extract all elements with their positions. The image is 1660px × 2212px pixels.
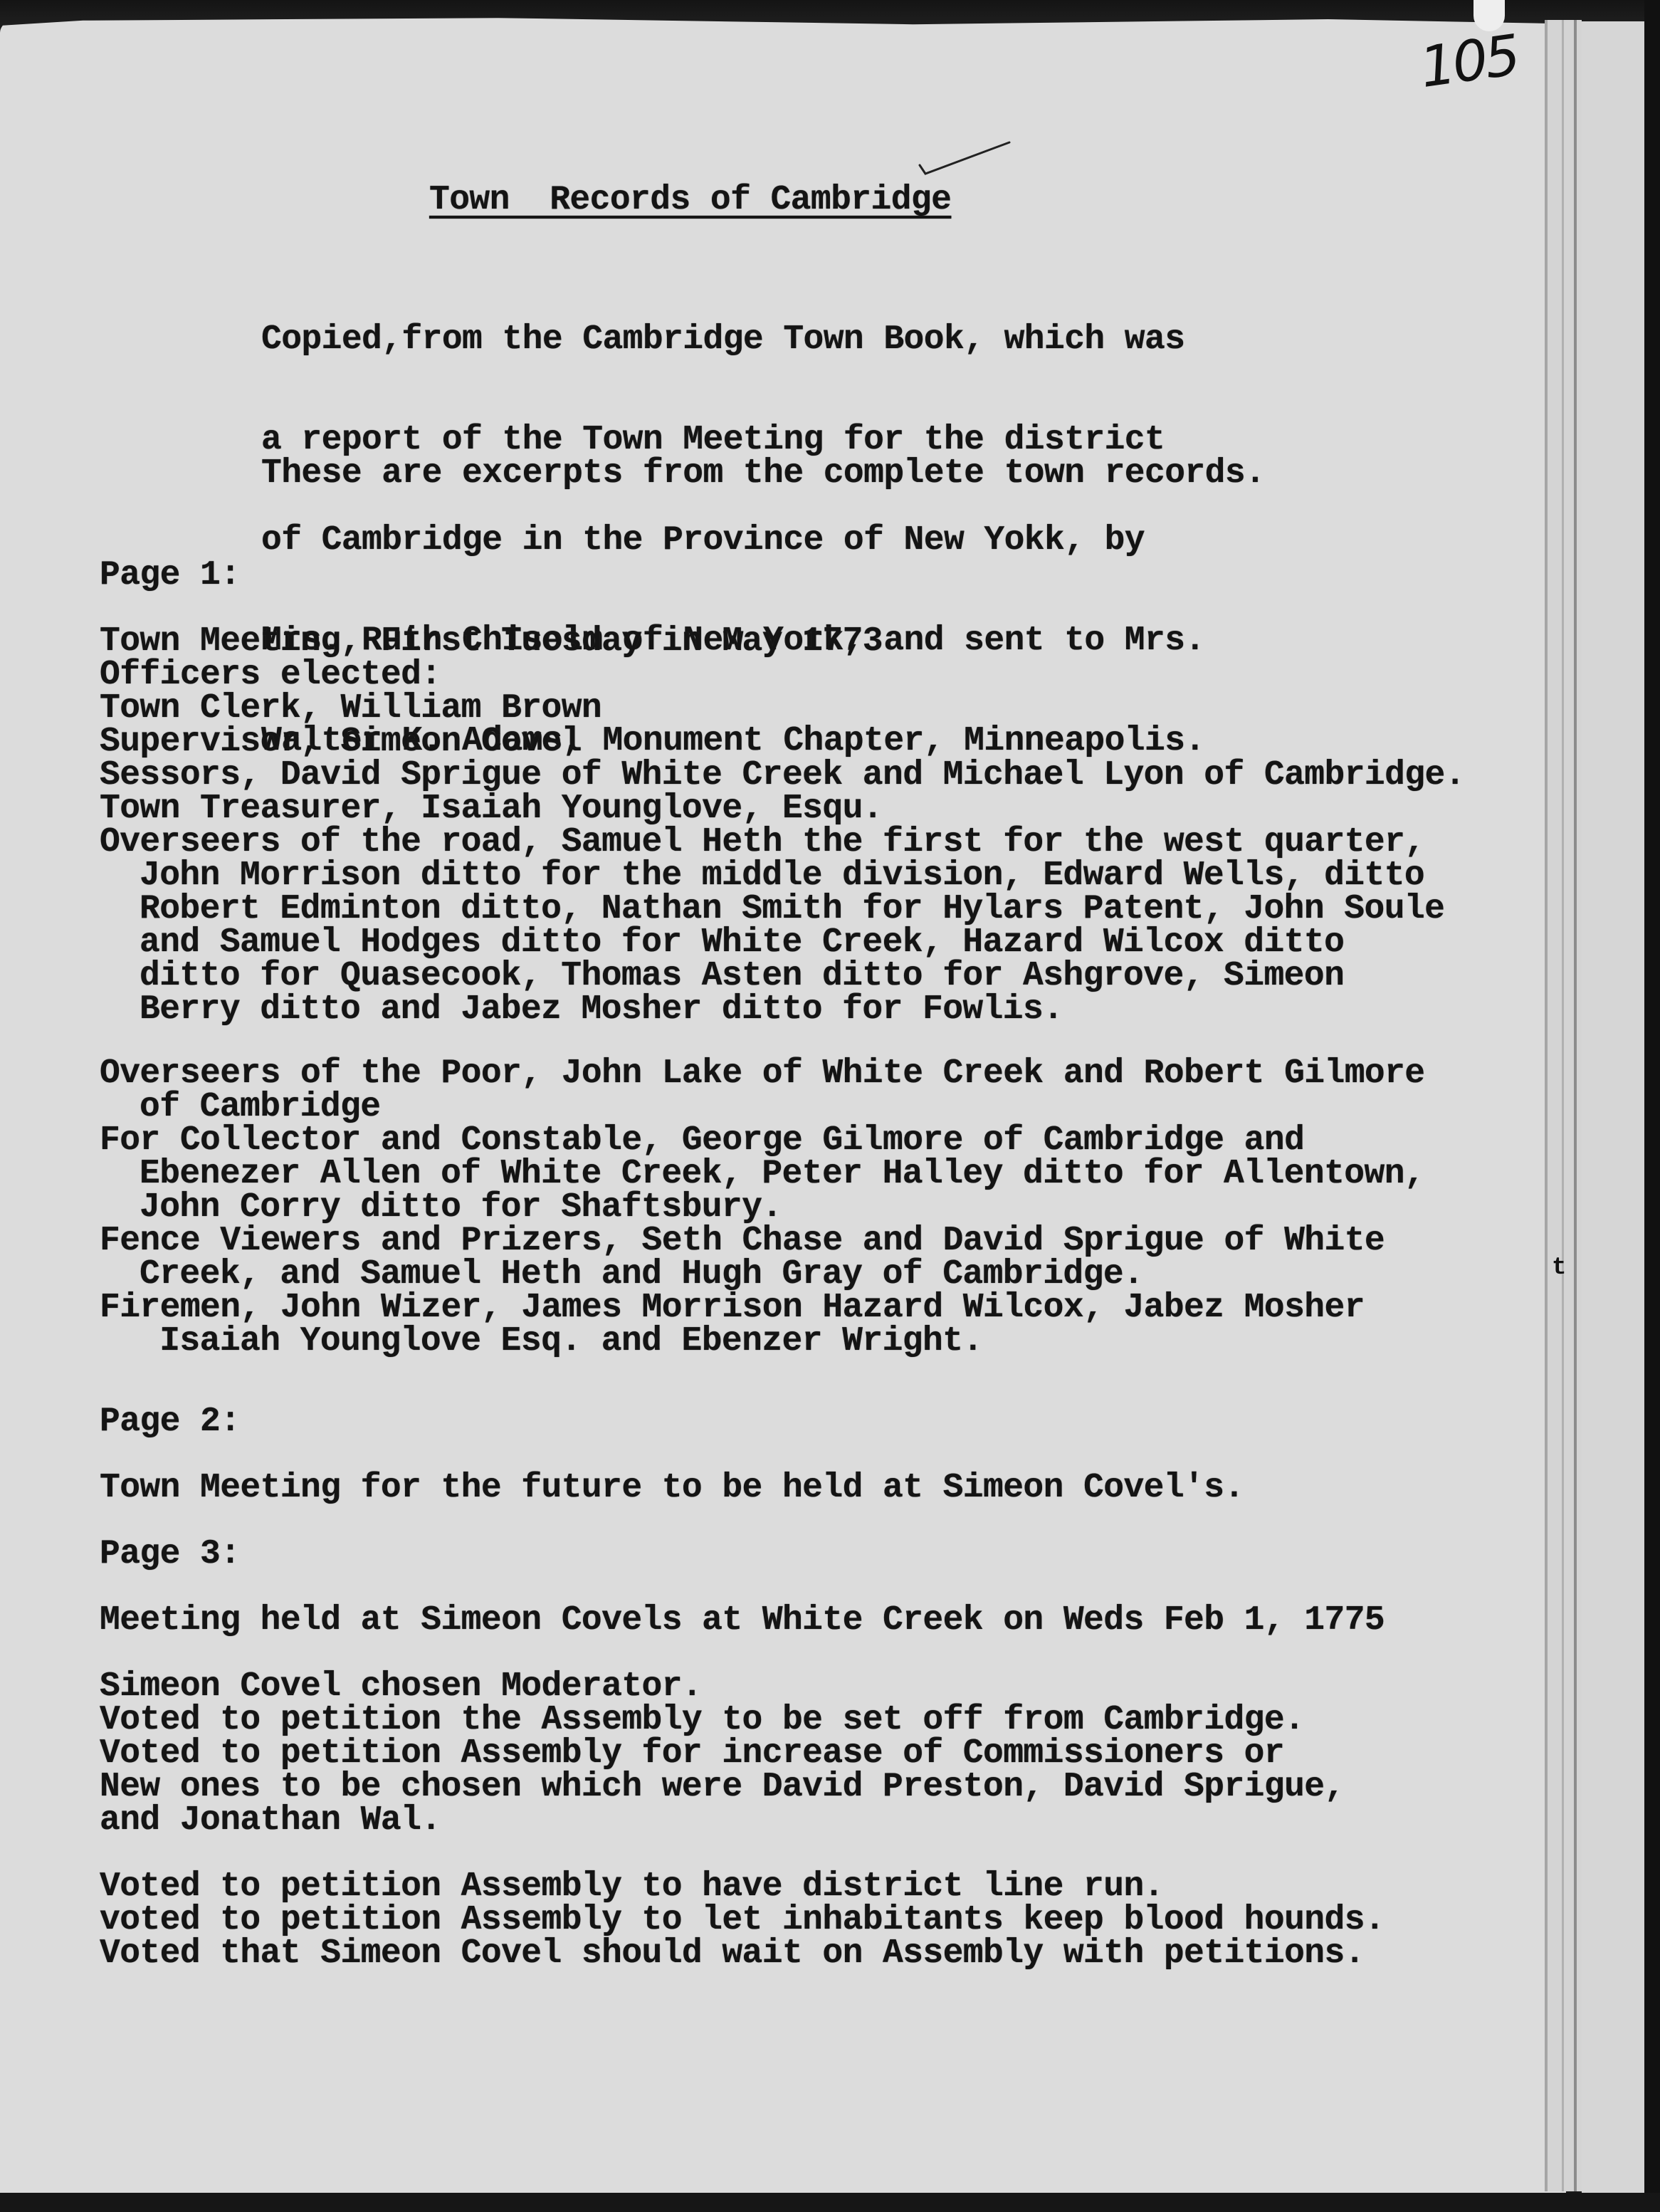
text-line: Creek, and Samuel Heth and Hugh Gray of … <box>100 1258 1425 1291</box>
page-1-officers-continued: Overseers of the Poor, John Lake of Whit… <box>100 1057 1425 1358</box>
text-line: Voted to petition Assembly for increase … <box>100 1737 1345 1771</box>
intro-line: a report of the Town Meeting for the dis… <box>261 424 1205 457</box>
binding-edge <box>1545 20 1582 2191</box>
document-title: Town Records of Cambridge <box>429 184 951 217</box>
checkmark-icon <box>918 141 1011 175</box>
text-line: Voted that Simeon Covel should wait on A… <box>100 1937 1385 1971</box>
page-3-votes-continued: Voted to petition Assembly to have distr… <box>100 1870 1385 1971</box>
text-line: Voted to petition the Assembly to be set… <box>100 1704 1345 1737</box>
section-heading-page-3: Page 3: <box>100 1538 240 1571</box>
margin-mark: t <box>1552 1254 1566 1281</box>
text-line: John Morrison ditto for the middle divis… <box>100 859 1465 893</box>
text-line: Town Treasurer, Isaiah Younglove, Esqu. <box>100 792 1465 826</box>
text-line: Supervisor, Simeon Covel <box>100 725 1465 759</box>
text-line: Sessors, David Sprigue of White Creek an… <box>100 759 1465 792</box>
text-line: Ebenezer Allen of White Creek, Peter Hal… <box>100 1158 1425 1191</box>
handwritten-page-number: 105 <box>1416 23 1521 100</box>
section-heading-page-2: Page 2: <box>100 1405 240 1439</box>
page-3-meeting-line: Meeting held at Simeon Covels at White C… <box>100 1604 1385 1637</box>
text-line: Firemen, John Wizer, James Morrison Haza… <box>100 1291 1425 1325</box>
text-line: Voted to petition Assembly to have distr… <box>100 1870 1385 1904</box>
text-line: Town Meeting, First Tuesday in May 1773 <box>100 625 1465 659</box>
text-line: and Jonathan Wal. <box>100 1804 1345 1838</box>
text-line: Overseers of the road, Samuel Heth the f… <box>100 826 1465 859</box>
text-line: Berry ditto and Jabez Mosher ditto for F… <box>100 993 1465 1027</box>
text-line: Overseers of the Poor, John Lake of Whit… <box>100 1057 1425 1091</box>
section-heading-page-1: Page 1: <box>100 559 240 592</box>
text-line: Town Clerk, William Brown <box>100 692 1465 725</box>
text-line: Fence Viewers and Prizers, Seth Chase an… <box>100 1225 1425 1258</box>
intro-line: of Cambridge in the Province of New Yokk… <box>261 524 1205 557</box>
text-line: New ones to be chosen which were David P… <box>100 1771 1345 1804</box>
text-line: Town Meeting for the future to be held a… <box>100 1472 1244 1505</box>
text-line: For Collector and Constable, George Gilm… <box>100 1124 1425 1158</box>
page-1-officers-paragraph: Town Meeting, First Tuesday in May 1773O… <box>100 625 1465 1027</box>
text-line: Meeting held at Simeon Covels at White C… <box>100 1604 1385 1637</box>
text-line: of Cambridge <box>100 1091 1425 1124</box>
intro-line: Copied,from the Cambridge Town Book, whi… <box>261 323 1205 357</box>
text-line: Officers elected: <box>100 659 1465 692</box>
text-line: Simeon Covel chosen Moderator. <box>100 1670 1345 1704</box>
scan-bottom-edge <box>0 2193 1660 2212</box>
text-line: and Samuel Hodges ditto for White Creek,… <box>100 926 1465 960</box>
text-line: ditto for Quasecook, Thomas Asten ditto … <box>100 960 1465 993</box>
adjacent-page-strip <box>1582 21 1644 2193</box>
text-line: John Corry ditto for Shaftsbury. <box>100 1191 1425 1225</box>
page-3-votes-paragraph: Simeon Covel chosen Moderator.Voted to p… <box>100 1670 1345 1838</box>
text-line: Robert Edminton ditto, Nathan Smith for … <box>100 893 1465 926</box>
scan-right-edge <box>1644 0 1660 2212</box>
text-line: voted to petition Assembly to let inhabi… <box>100 1904 1385 1937</box>
text-line: Isaiah Younglove Esq. and Ebenzer Wright… <box>100 1325 1425 1358</box>
excerpt-note: These are excerpts from the complete tow… <box>261 457 1265 491</box>
page-2-paragraph: Town Meeting for the future to be held a… <box>100 1472 1244 1505</box>
